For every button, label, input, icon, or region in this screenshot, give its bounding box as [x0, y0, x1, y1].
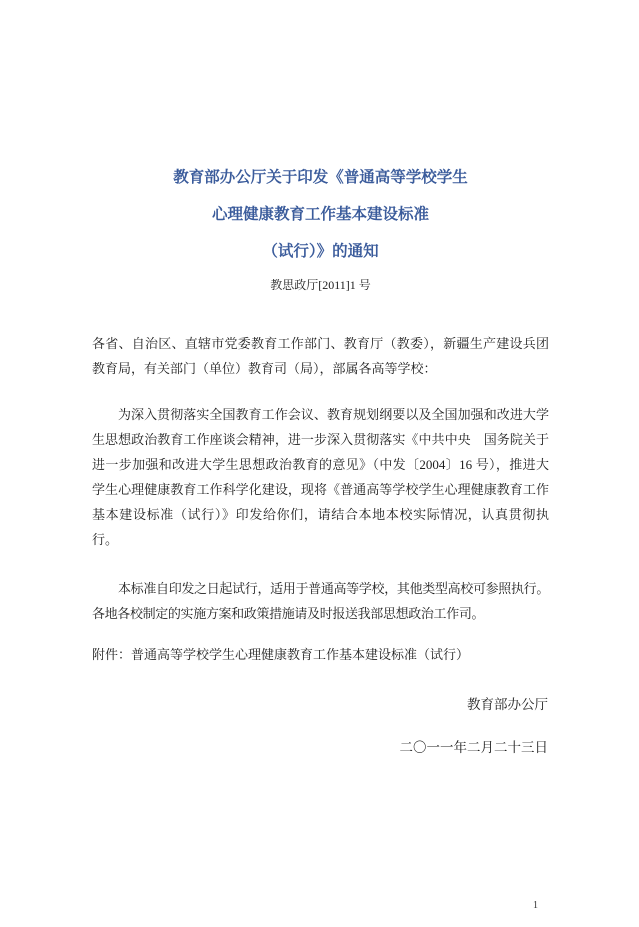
page-number: 1 [533, 900, 538, 911]
paragraph-1: 为深入贯彻落实全国教育工作会议、教育规划纲要以及全国加强和改进大学生思想政治教育… [92, 402, 549, 552]
salutation: 各省、自治区、直辖市党委教育工作部门、教育厅（教委），新疆生产建设兵团教育局，有… [92, 331, 549, 381]
signature-date: 二〇一一年二月二十三日 [92, 735, 549, 760]
document-page: 教育部办公厅关于印发《普通高等学校学生 心理健康教育工作基本建设标准 （试行）》… [0, 0, 639, 927]
document-body: 各省、自治区、直辖市党委教育工作部门、教育厅（教委），新疆生产建设兵团教育局，有… [92, 331, 549, 760]
document-content: 教育部办公厅关于印发《普通高等学校学生 心理健康教育工作基本建设标准 （试行）》… [92, 0, 549, 760]
paragraph-2: 本标准自印发之日起试行，适用于普通高等学校，其他类型高校可参照执行。各地各校制定… [92, 576, 549, 626]
title-line-2: 心理健康教育工作基本建设标准 [92, 196, 549, 233]
title-line-3: （试行）》的通知 [92, 233, 549, 270]
document-number: 教思政厅[2011]1 号 [92, 275, 549, 296]
document-title: 教育部办公厅关于印发《普通高等学校学生 心理健康教育工作基本建设标准 （试行）》… [92, 0, 549, 270]
signature-organization: 教育部办公厅 [92, 692, 549, 717]
attachment-note: 附件：普通高等学校学生心理健康教育工作基本建设标准（试行） [92, 641, 464, 668]
title-line-1: 教育部办公厅关于印发《普通高等学校学生 [92, 159, 549, 196]
